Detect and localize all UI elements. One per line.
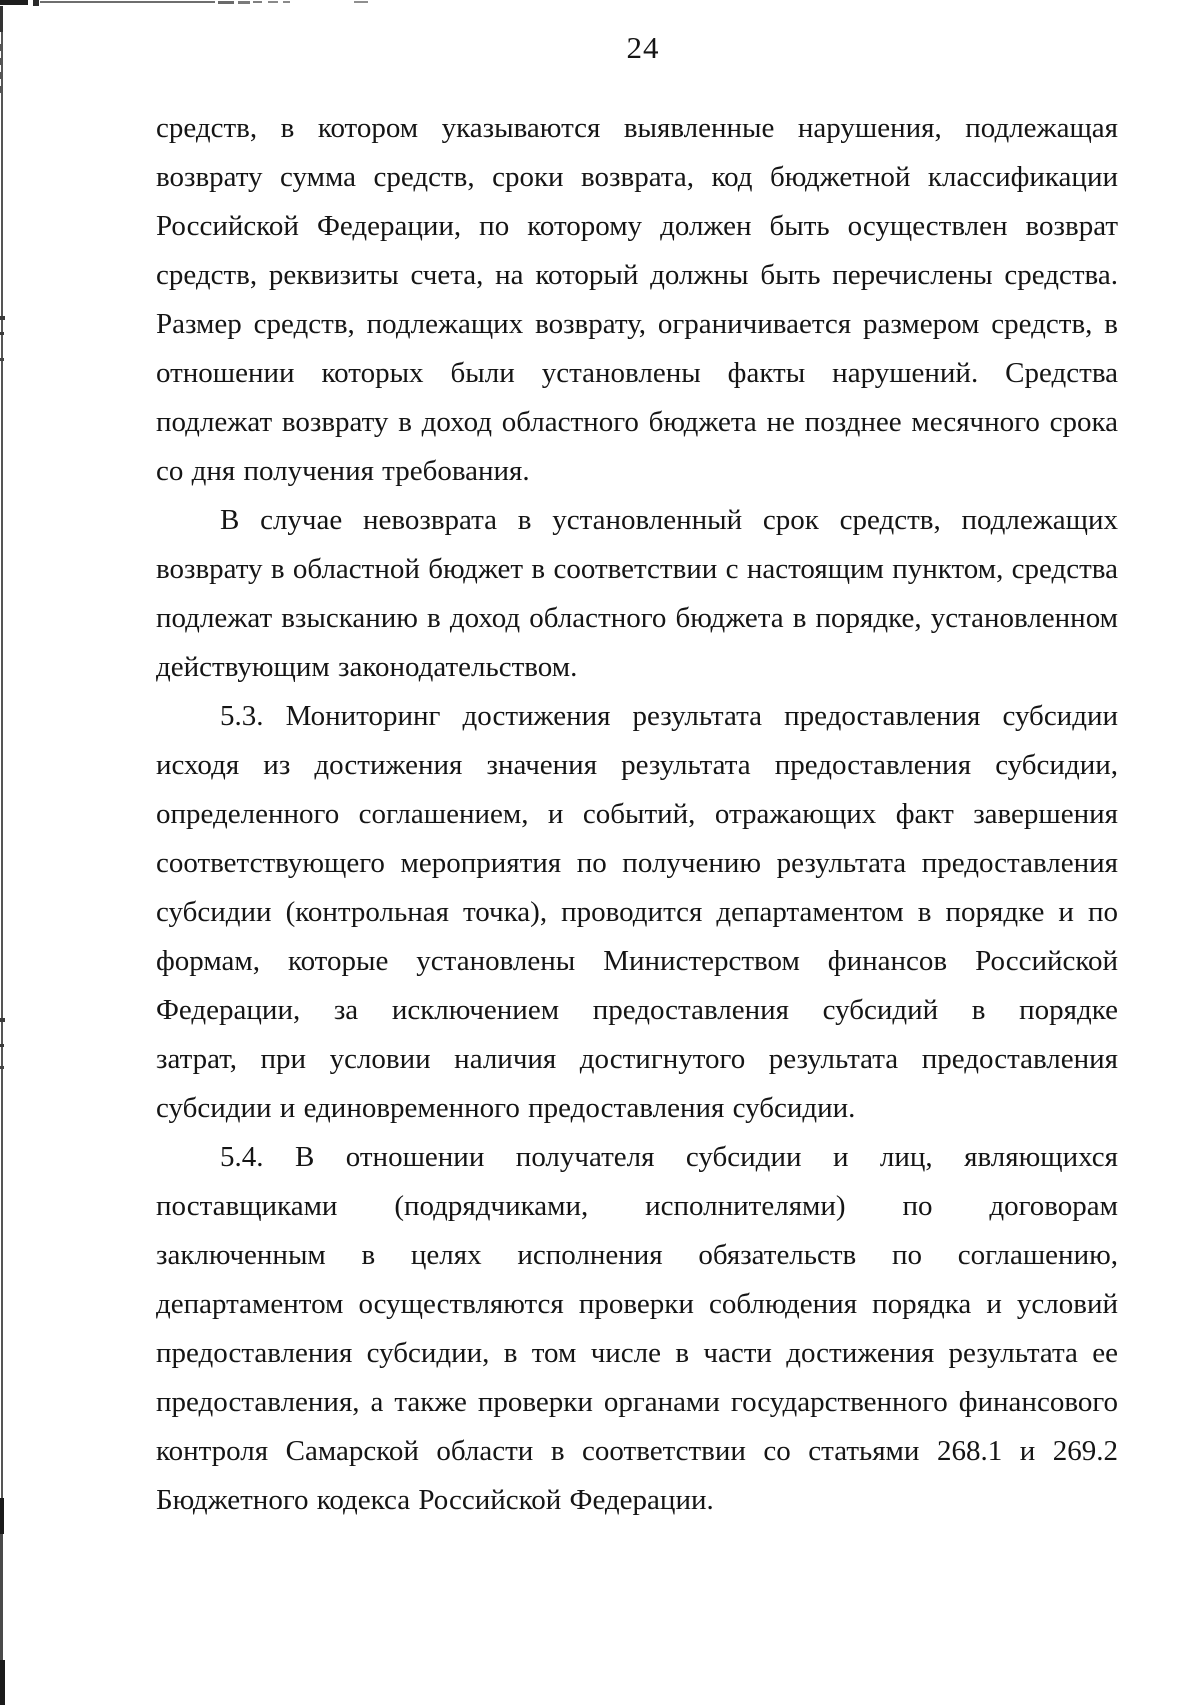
scan-artifact-top-line	[40, 1, 215, 3]
text-line: предоставления, а также проверки органам…	[156, 1378, 1118, 1427]
text-line: действующим законодательством.	[156, 643, 1118, 692]
text-line: Российской Федерации, по которому должен…	[156, 202, 1118, 251]
text-line: со дня получения требования.	[156, 447, 1118, 496]
text-line: отношении которых были установлены факты…	[156, 349, 1118, 398]
scan-artifact-left-bottom-bar	[0, 1660, 5, 1705]
text-line: Размер средств, подлежащих возврату, огр…	[156, 300, 1118, 349]
scan-artifact-left-dash	[0, 72, 2, 79]
scan-artifact-left-tick	[0, 1066, 4, 1069]
text-line: исходя из достижения значения результата…	[156, 741, 1118, 790]
scan-artifact-top-dash	[283, 1, 290, 3]
text-line: субсидии и единовременного предоставлени…	[156, 1084, 1118, 1133]
paragraph-2: В случае невозврата в установленный срок…	[156, 496, 1118, 692]
scan-artifact-top-mark	[33, 0, 39, 6]
text-line: департаментом осуществляются проверки со…	[156, 1280, 1118, 1329]
text-line: определенного соглашением, и событий, от…	[156, 790, 1118, 839]
text-line: 5.3. Мониторинг достижения результата пр…	[156, 692, 1118, 741]
text-line: подлежат взысканию в доход областного бю…	[156, 594, 1118, 643]
scan-artifact-top-dash	[268, 1, 278, 3]
text-line: контроля Самарской области в соответстви…	[156, 1427, 1118, 1476]
scan-artifact-left-bottom-bar	[0, 1498, 4, 1534]
scan-artifact-left-bottom-line	[0, 1534, 3, 1662]
text-line: возврату в областной бюджет в соответств…	[156, 545, 1118, 594]
document-page: 24 средств, в котором указываются выявле…	[0, 0, 1200, 1705]
scan-artifact-top-dash	[238, 1, 250, 4]
text-line: субсидии (контрольная точка), проводится…	[156, 888, 1118, 937]
page-number: 24	[0, 30, 1200, 66]
scan-artifact-left-tick	[0, 1018, 5, 1022]
scan-artifact-top-dash	[354, 1, 368, 3]
text-line: соответствующего мероприятия по получени…	[156, 839, 1118, 888]
text-block: средств, в котором указываются выявленны…	[156, 104, 1118, 1525]
scan-artifact-top-dash	[253, 1, 262, 3]
paragraph-1: средств, в котором указываются выявленны…	[156, 104, 1118, 496]
text-line: возврату сумма средств, сроки возврата, …	[156, 153, 1118, 202]
text-line: затрат, при условии наличия достигнутого…	[156, 1035, 1118, 1084]
scan-artifact-top-bar	[0, 0, 28, 5]
paragraph-3: 5.3. Мониторинг достижения результата пр…	[156, 692, 1118, 1133]
text-line: предоставления субсидии, в том числе в ч…	[156, 1329, 1118, 1378]
text-line: поставщиками (подрядчиками, исполнителям…	[156, 1182, 1118, 1231]
scan-artifact-left-dash	[0, 86, 2, 93]
paragraph-4: 5.4. В отношении получателя субсидии и л…	[156, 1133, 1118, 1525]
scan-artifact-left-tick	[0, 1044, 4, 1047]
text-line: заключенным в целях исполнения обязатель…	[156, 1231, 1118, 1280]
text-line: подлежат возврату в доход областного бюд…	[156, 398, 1118, 447]
text-line: формам, которые установлены Министерство…	[156, 937, 1118, 986]
scan-artifact-left-tick	[0, 316, 5, 320]
scan-artifact-left-tick	[0, 332, 4, 335]
text-line: средств, в котором указываются выявленны…	[156, 104, 1118, 153]
scan-artifact-top-dash	[218, 1, 234, 4]
text-line: В случае невозврата в установленный срок…	[156, 496, 1118, 545]
text-line: средств, реквизиты счета, на который дол…	[156, 251, 1118, 300]
text-line: Бюджетного кодекса Российской Федерации.	[156, 1476, 1118, 1525]
scan-artifact-left-tick	[0, 358, 4, 361]
text-line: Федерации, за исключением предоставления…	[156, 986, 1118, 1035]
scan-artifact-left-line	[1, 6, 3, 1705]
text-line: 5.4. В отношении получателя субсидии и л…	[156, 1133, 1118, 1182]
scan-artifact-left-corner	[0, 6, 3, 32]
